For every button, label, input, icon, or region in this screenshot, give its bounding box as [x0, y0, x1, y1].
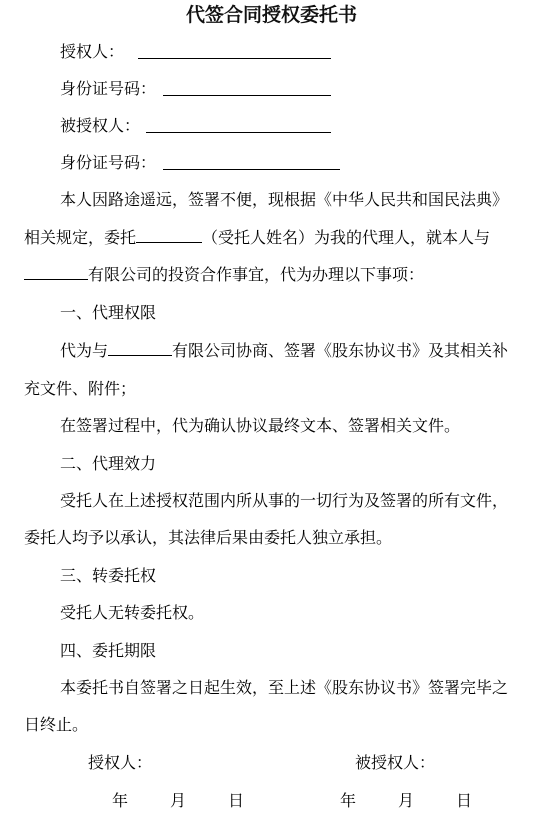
field-grantor-id: 身份证号码： — [0, 77, 543, 101]
section-3-paragraph-1: 受托人无转委托权。 — [0, 601, 543, 625]
section-1-paragraph-1: 代为与有限公司协商、签署《股东协议书》及其相关补 — [0, 339, 543, 363]
grantor-day[interactable]: 日 — [228, 789, 244, 813]
intro-line-3: 有限公司的投资合作事宜，代为办理以下事项： — [0, 263, 543, 287]
intro-line-2: 相关规定，委托（受托人姓名）为我的代理人，就本人与 — [0, 226, 543, 250]
grantor-id-blank-line[interactable] — [163, 95, 331, 96]
section-1-paragraph-1-cont: 充文件、附件； — [0, 377, 543, 401]
grantor-signature-label[interactable]: 授权人： — [88, 751, 152, 775]
agent-name-blank[interactable] — [136, 226, 202, 243]
grantor-year[interactable]: 年 — [112, 789, 128, 813]
grantee-month[interactable]: 月 — [398, 789, 414, 813]
field-label: 被授权人： — [60, 114, 140, 138]
grantee-id-blank-line[interactable] — [163, 169, 340, 170]
section-4-paragraph-1: 本委托书自签署之日起生效，至上述《股东协议书》签署完毕之 — [0, 676, 543, 700]
grantor-month[interactable]: 月 — [170, 789, 186, 813]
field-label: 身份证号码： — [60, 151, 156, 175]
document-title: 代签合同授权委托书 — [0, 2, 543, 28]
grantee-day[interactable]: 日 — [456, 789, 472, 813]
grantee-signature-label[interactable]: 被授权人： — [355, 751, 435, 775]
intro-line-1: 本人因路途遥远，签署不便，现根据《中华人民共和国民法典》 — [0, 188, 543, 212]
signature-dates: 年 月 日 年 月 日 — [0, 789, 543, 813]
signature-labels: 授权人： 被授权人： — [0, 751, 543, 775]
field-grantor: 授权人： — [0, 40, 543, 64]
grantor-blank-line[interactable] — [138, 58, 331, 59]
section-heading-3: 三、转委托权 — [0, 564, 543, 588]
field-label: 身份证号码： — [60, 77, 156, 101]
section-4-paragraph-1-cont: 日终止。 — [0, 713, 543, 737]
section-1-paragraph-2: 在签署过程中，代为确认协议最终文本、签署相关文件。 — [0, 414, 543, 438]
company-name-blank[interactable] — [24, 263, 88, 280]
field-grantee: 被授权人： — [0, 114, 543, 138]
grantee-blank-line[interactable] — [146, 132, 331, 133]
grantee-year[interactable]: 年 — [340, 789, 356, 813]
field-grantee-id: 身份证号码： — [0, 151, 543, 175]
section-text: 有限公司协商、签署《股东协议书》及其相关补 — [172, 341, 508, 360]
section-2-paragraph-1: 受托人在上述授权范围内所从事的一切行为及签署的所有文件， — [0, 489, 543, 513]
section-text: 代为与 — [60, 341, 108, 360]
field-label: 授权人： — [60, 40, 124, 64]
section-heading-2: 二、代理效力 — [0, 452, 543, 476]
section-heading-4: 四、委托期限 — [0, 639, 543, 663]
section-heading-1: 一、代理权限 — [0, 301, 543, 325]
company-name-blank-2[interactable] — [108, 339, 172, 356]
intro-text: 相关规定，委托 — [24, 228, 136, 247]
section-2-paragraph-1-cont: 委托人均予以承认，其法律后果由委托人独立承担。 — [0, 526, 543, 550]
intro-text: 有限公司的投资合作事宜，代为办理以下事项： — [88, 265, 424, 284]
intro-text: （受托人姓名）为我的代理人，就本人与 — [202, 228, 490, 247]
